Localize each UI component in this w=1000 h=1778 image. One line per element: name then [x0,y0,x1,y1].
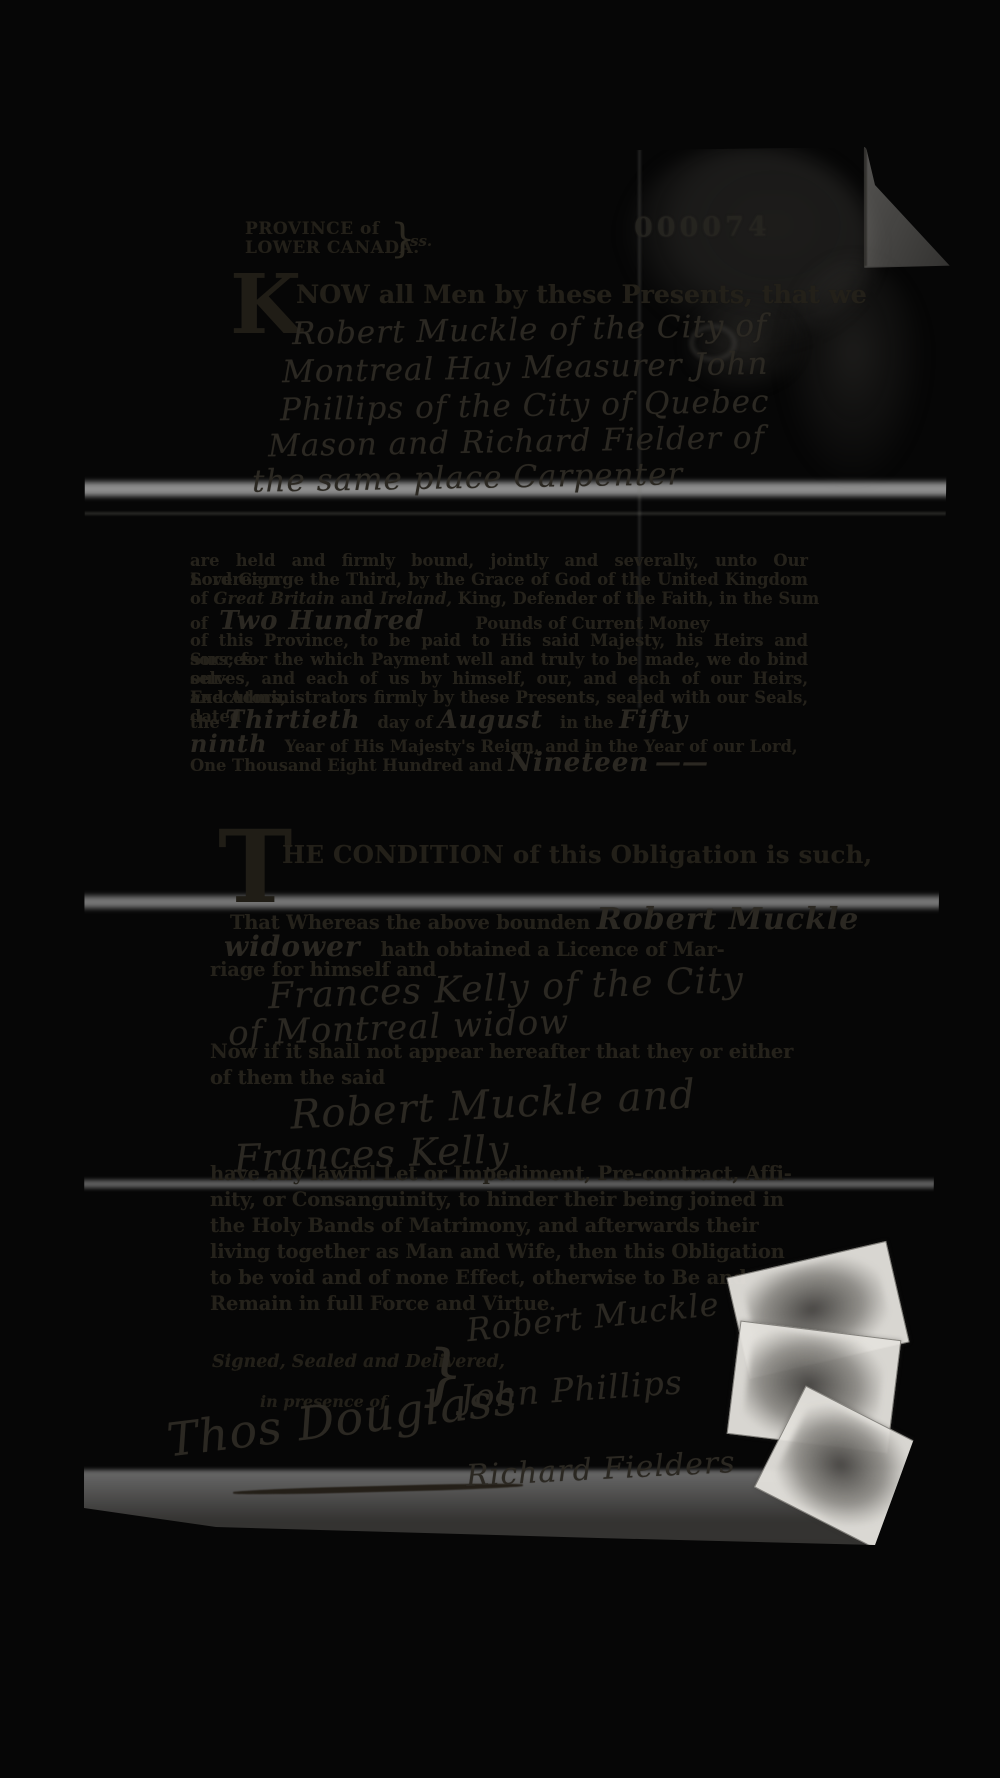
seal-ink-blot [767,1396,920,1542]
condition-heading: HE CONDITION of this Obligation is such, [282,840,872,869]
paper-sheet: PROVINCE of LOWER CANADA. } ss. 000074 K… [78,140,958,1555]
flourish-dash: —— [655,748,709,778]
corner-fold-line [864,148,867,266]
serial-number-stamp: 000074 [634,211,771,243]
handwritten-obligors-line: Robert Muckle of the City of [292,308,768,352]
corner-fold [864,146,952,268]
opening-heading: NOW all Men by these Presents, that we [296,280,867,310]
bond-line-fill: One Thousand Eight Hundred and Nineteen … [190,748,808,778]
jurat-ss-label: ss. [410,232,432,250]
bond-line: Lord George the Third, by the Grace of G… [190,570,808,589]
handwritten-obligors-line: Montreal Hay Measurer John [282,346,769,390]
condition-line: the Holy Bands of Matrimony, and afterwa… [210,1214,740,1237]
handwritten-obligors-line: Mason and Richard Fielder of [268,420,766,465]
bond-text: One Thousand Eight Hundred and [190,756,503,775]
condition-line: to be void and of none Effect, otherwise… [210,1266,740,1289]
dropcap-k: K [230,264,301,346]
fold-crease [78,512,958,515]
handwritten-obligors-line: the same place Carpenter [252,456,684,500]
condition-line: living together as Man and Wife, then th… [210,1240,740,1263]
condition-line: Now if it shall not appear hereafter tha… [210,1040,740,1063]
condition-line: have any lawful Let or Impediment, Pre-c… [210,1162,740,1185]
condition-line: nity, or Consanguinity, to hinder their … [210,1188,740,1211]
obligor-signature: Richard Fielders [465,1445,736,1494]
scanned-document-page: PROVINCE of LOWER CANADA. } ss. 000074 K… [0,0,1000,1778]
handwritten-year: Nineteen [508,748,649,778]
